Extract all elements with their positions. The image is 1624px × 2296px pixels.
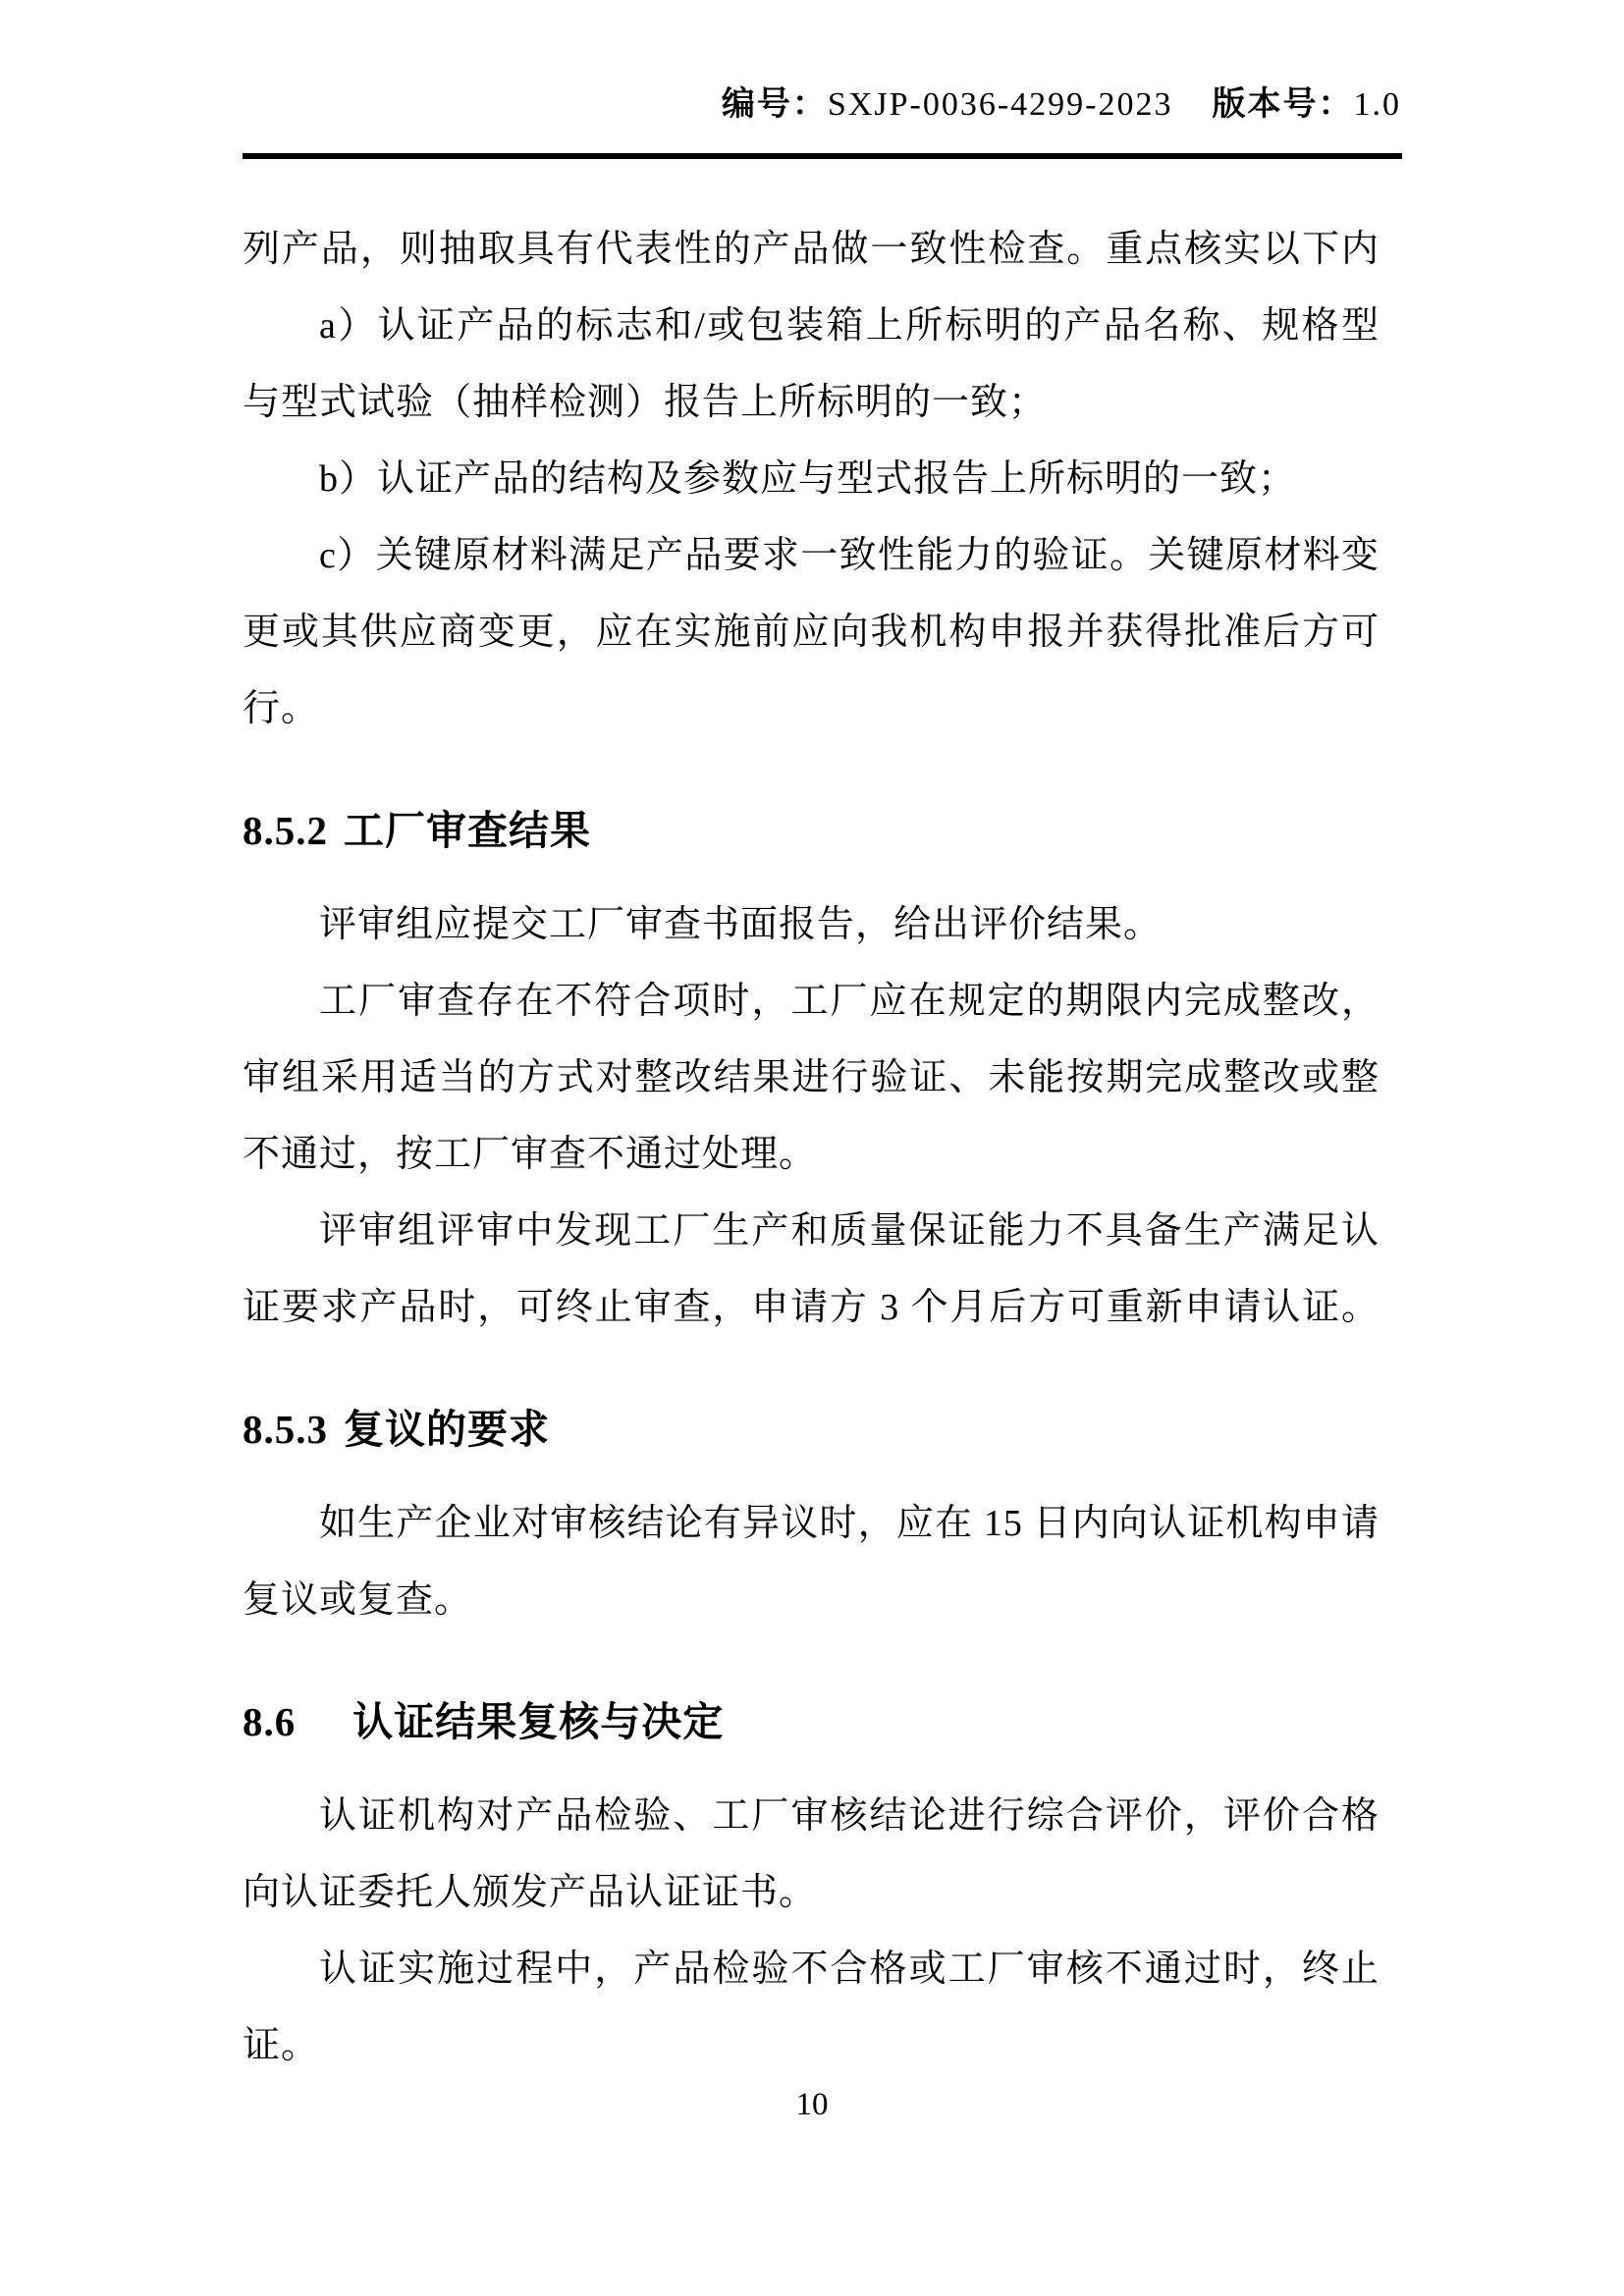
section-title: 工厂审查结果 bbox=[344, 808, 591, 853]
version-value: 1.0 bbox=[1354, 86, 1402, 123]
section-number: 8.6 bbox=[243, 1699, 296, 1744]
section-heading-8-5-3: 8.5.3复议的要求 bbox=[243, 1405, 1380, 1454]
text-line: 证要求产品时，可终止审查，申请方 3 个月后方可重新申请认证。 bbox=[243, 1269, 1380, 1346]
document-body: 列产品，则抽取具有代表性的产品做一致性检查。重点核实以下内容： a）认证产品的标… bbox=[243, 211, 1380, 2084]
section-number: 8.5.2 bbox=[243, 808, 328, 853]
doc-number-label: 编号： bbox=[722, 86, 828, 123]
document-header: 编号：SXJP-0036-4299-2023版本号：1.0 bbox=[243, 84, 1401, 126]
text-line: a）认证产品的标志和/或包装箱上所标明的产品名称、规格型号 bbox=[243, 288, 1380, 364]
text-line: 评审组评审中发现工厂生产和质量保证能力不具备生产满足认 bbox=[243, 1193, 1380, 1269]
document-page: 编号：SXJP-0036-4299-2023版本号：1.0 列产品，则抽取具有代… bbox=[0, 0, 1624, 2296]
text-line: b）认证产品的结构及参数应与型式报告上所标明的一致； bbox=[243, 441, 1380, 517]
text-line: 认证机构对产品检验、工厂审核结论进行综合评价，评价合格后， bbox=[243, 1778, 1380, 1854]
section-title: 复议的要求 bbox=[344, 1407, 550, 1452]
text-line: 审组采用适当的方式对整改结果进行验证、未能按期完成整改或整改 bbox=[243, 1040, 1380, 1116]
text-line: 工厂审查存在不符合项时，工厂应在规定的期限内完成整改，评 bbox=[243, 963, 1380, 1040]
section-number: 8.5.3 bbox=[243, 1407, 328, 1452]
header-divider-rule bbox=[243, 153, 1402, 159]
text-line: 与型式试验（抽样检测）报告上所标明的一致； bbox=[243, 364, 1380, 441]
text-line: 认证实施过程中，产品检验不合格或工厂审核不通过时，终止认 bbox=[243, 1931, 1380, 2007]
text-line: 不通过，按工厂审查不通过处理。 bbox=[243, 1116, 1380, 1193]
section-heading-8-5-2: 8.5.2工厂审查结果 bbox=[243, 806, 1380, 855]
text-line: 更或其供应商变更，应在实施前应向我机构申报并获得批准后方可执 bbox=[243, 594, 1380, 670]
text-line: 如生产企业对审核结论有异议时，应在 15 日内向认证机构申请 bbox=[243, 1485, 1380, 1562]
section-title: 认证结果复核与决定 bbox=[352, 1699, 724, 1744]
text-line: 列产品，则抽取具有代表性的产品做一致性检查。重点核实以下内容： bbox=[243, 211, 1380, 288]
text-line: 行。 bbox=[243, 670, 1380, 747]
text-line: 向认证委托人颁发产品认证证书。 bbox=[243, 1854, 1380, 1931]
page-number: 10 bbox=[0, 2085, 1624, 2124]
section-heading-8-6: 8.6认证结果复核与决定 bbox=[243, 1697, 1380, 1746]
version-label: 版本号： bbox=[1213, 86, 1354, 123]
doc-number-value: SXJP-0036-4299-2023 bbox=[828, 86, 1173, 123]
text-line: 证。 bbox=[243, 2007, 1380, 2084]
text-line: 评审组应提交工厂审查书面报告，给出评价结果。 bbox=[243, 886, 1380, 963]
text-line: 复议或复查。 bbox=[243, 1562, 1380, 1638]
text-line: c）关键原材料满足产品要求一致性能力的验证。关键原材料变 bbox=[243, 517, 1380, 594]
